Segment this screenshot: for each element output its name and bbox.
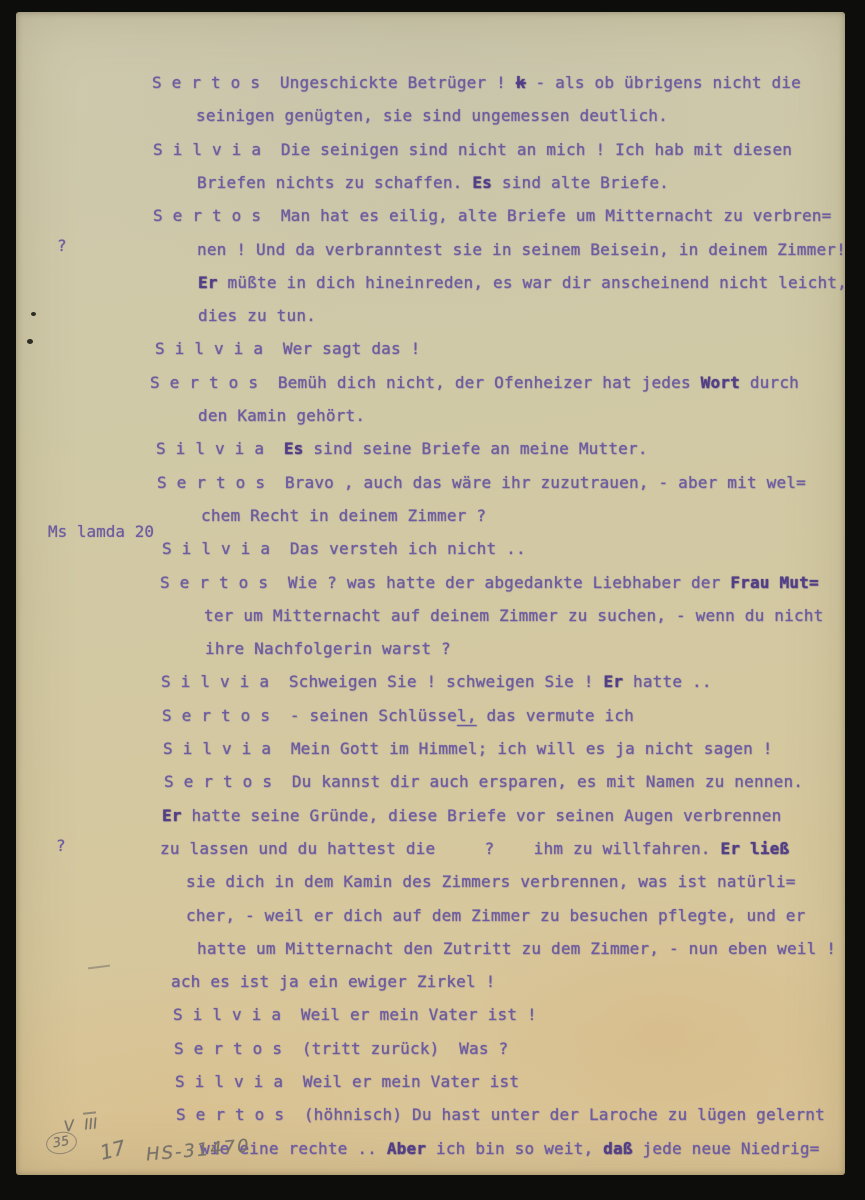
typescript-text: S i l v i a Schweigen Sie ! schweigen Si… [161,672,603,691]
typescript-text: seinigen genügten, sie sind ungemessen d… [196,106,668,125]
overstruck-text: Es [472,173,492,192]
typescript-line: S i l v i a Weil er mein Vater ist [175,1071,519,1093]
typescript-line: S e r t o s Bravo , auch das wäre ihr zu… [157,472,806,494]
scan-background: { "meta": { "kind": "scanned typewritten… [0,0,865,1200]
typescript-line: S i l v i a Wer sagt das ! [155,338,421,360]
typescript-line: hatte um Mitternacht den Zutritt zu dem … [197,938,836,960]
typescript-text: jede neue Niedrig= [633,1139,820,1158]
typescript-line: S i l v i a Es sind seine Briefe an mein… [156,438,648,460]
typescript-line: S e r t o s (höhnisch) Du hast unter der… [176,1104,825,1126]
typescript-text: sind seine Briefe an meine Mutter. [304,439,648,458]
typescript-line: ihre Nachfolgerin warst ? [205,638,451,660]
margin-question-mark: ? [56,836,66,855]
typescript-line: cher, - weil er dich auf dem Zimmer zu b… [186,905,805,927]
typescript-line: S e r t o s Bemüh dich nicht, der Ofenhe… [150,372,799,394]
typescript-text: hatte seine Gründe, diese Briefe vor sei… [182,806,782,825]
typescript-text: S i l v i a Mein Gott im Himmel; ich wil… [163,739,773,758]
overstruck-text: Er [603,672,623,691]
overstruck-text: daß [603,1139,633,1158]
typescript-line: sie dich in dem Kamin des Zimmers verbre… [186,871,796,893]
typescript-text: müßte in dich hineinreden, es war dir an… [218,273,847,292]
typescript-line: S e r t o s (tritt zurück) Was ? [174,1038,508,1060]
typescript-text: ihre Nachfolgerin warst ? [205,639,451,658]
typescript-text: S e r t o s Man hat es eilig, alte Brief… [153,206,831,225]
typescript-line: S e r t o s Man hat es eilig, alte Brief… [153,205,831,227]
typescript-text: Briefen nichts zu schaffen. [197,173,472,192]
overstruck-text: Er [162,806,182,825]
overstruck-text: Aber [387,1139,426,1158]
typescript-text: S e r t o s (tritt zurück) Was ? [174,1039,508,1058]
typescript-text: sie dich in dem Kamin des Zimmers verbre… [186,872,796,891]
typescript-line: S i l v i a Die seinigen sind nicht an m… [153,139,792,161]
typescript-line: S e r t o s Ungeschickte Betrüger ! k - … [152,72,801,94]
typescript-line: S e r t o s - seinen Schlüssel, das verm… [162,705,634,727]
typescript-line: Er müßte in dich hineinreden, es war dir… [198,272,847,294]
typescript-line: S i l v i a Das versteh ich nicht .. [162,538,526,560]
typescript-text: S i l v i a [156,439,284,458]
typescript-line: S i l v i a Mein Gott im Himmel; ich wil… [163,738,773,760]
typescript-line: S e r t o s Wie ? was hatte der abgedank… [160,572,819,594]
typescript-text: sind alte Briefe. [492,173,669,192]
overstruck-text: Wort [701,373,740,392]
typescript-line: S e r t o s Du kannst dir auch ersparen,… [164,771,803,793]
typescript-line: Er hatte seine Gründe, diese Briefe vor … [162,805,781,827]
typescript-line: zu lassen und du hattest die ? ihm zu wi… [160,838,789,860]
typescript-text: S i l v i a Das versteh ich nicht .. [162,539,526,558]
ink-speck [27,339,33,344]
overstruck-text: k [516,73,526,92]
ink-speck [31,312,36,316]
typescript-text: nen ! Und da verbranntest sie in seinem … [197,240,846,259]
typescript-text: den Kamin gehört. [198,406,365,425]
typescript-text: S e r t o s Bemüh dich nicht, der Ofenhe… [150,373,701,392]
typescript-text: S i l v i a Die seinigen sind nicht an m… [153,140,792,159]
typescript-line: S i l v i a Schweigen Sie ! schweigen Si… [161,671,712,693]
typescript-line: ter um Mitternacht auf deinem Zimmer zu … [204,605,823,627]
typescript-text: l, [457,706,477,725]
typescript-line: den Kamin gehört. [198,405,365,427]
typescript-text: chem Recht in deinem Zimmer ? [201,506,486,525]
typescript-line: wie eine rechte .. Aber ich bin so weit,… [200,1138,820,1160]
typescript-text: S i l v i a Wer sagt das ! [155,339,421,358]
typescript-text: S e r t o s Ungeschickte Betrüger ! [152,73,516,92]
overstruck-text: Er ließ [720,839,789,858]
typescript-text: das vermute ich [477,706,634,725]
typescript-text: S i l v i a Weil er mein Vater ist ! [173,1005,537,1024]
typescript-line: Briefen nichts zu schaffen. Es sind alte… [197,172,669,194]
typescript-text: ich bin so weit, [426,1139,603,1158]
typescript-line: seinigen genügten, sie sind ungemessen d… [196,105,668,127]
typescript-text: ach es ist ja ein ewiger Zirkel ! [171,972,495,991]
typescript-line: nen ! Und da verbranntest sie in seinem … [197,239,846,261]
typescript-text: S e r t o s (höhnisch) Du hast unter der… [176,1105,825,1124]
typescript-text: ter um Mitternacht auf deinem Zimmer zu … [204,606,823,625]
margin-note: Ms lamda 20 [48,522,154,541]
overstruck-text: Es [284,439,304,458]
typescript-text: S e r t o s Du kannst dir auch ersparen,… [164,772,803,791]
typescript-text: cher, - weil er dich auf dem Zimmer zu b… [186,906,805,925]
typescript-line: chem Recht in deinem Zimmer ? [201,505,486,527]
typescript-line: S i l v i a Weil er mein Vater ist ! [173,1004,537,1026]
margin-question-mark: ? [57,236,67,255]
typescript-text: S e r t o s - seinen Schlüsse [162,706,457,725]
typescript-text: S i l v i a Weil er mein Vater ist [175,1072,519,1091]
typescript-text: dies zu tun. [198,306,316,325]
typescript-text: zu lassen und du hattest die ? ihm zu wi… [160,839,720,858]
typescript-text: S e r t o s Wie ? was hatte der abgedank… [160,573,730,592]
overstruck-text: Er [198,273,218,292]
typescript-text: durch [740,373,799,392]
overstruck-text: Frau Mut= [730,573,819,592]
typescript-line: ach es ist ja ein ewiger Zirkel ! [171,971,495,993]
typescript-text: S e r t o s Bravo , auch das wäre ihr zu… [157,473,806,492]
pencil-annotation: III [83,1111,98,1133]
typescript-line: dies zu tun. [198,305,316,327]
typescript-text: hatte .. [623,672,712,691]
typescript-text: hatte um Mitternacht den Zutritt zu dem … [197,939,836,958]
typescript-text: - als ob übrigens nicht die [526,73,801,92]
